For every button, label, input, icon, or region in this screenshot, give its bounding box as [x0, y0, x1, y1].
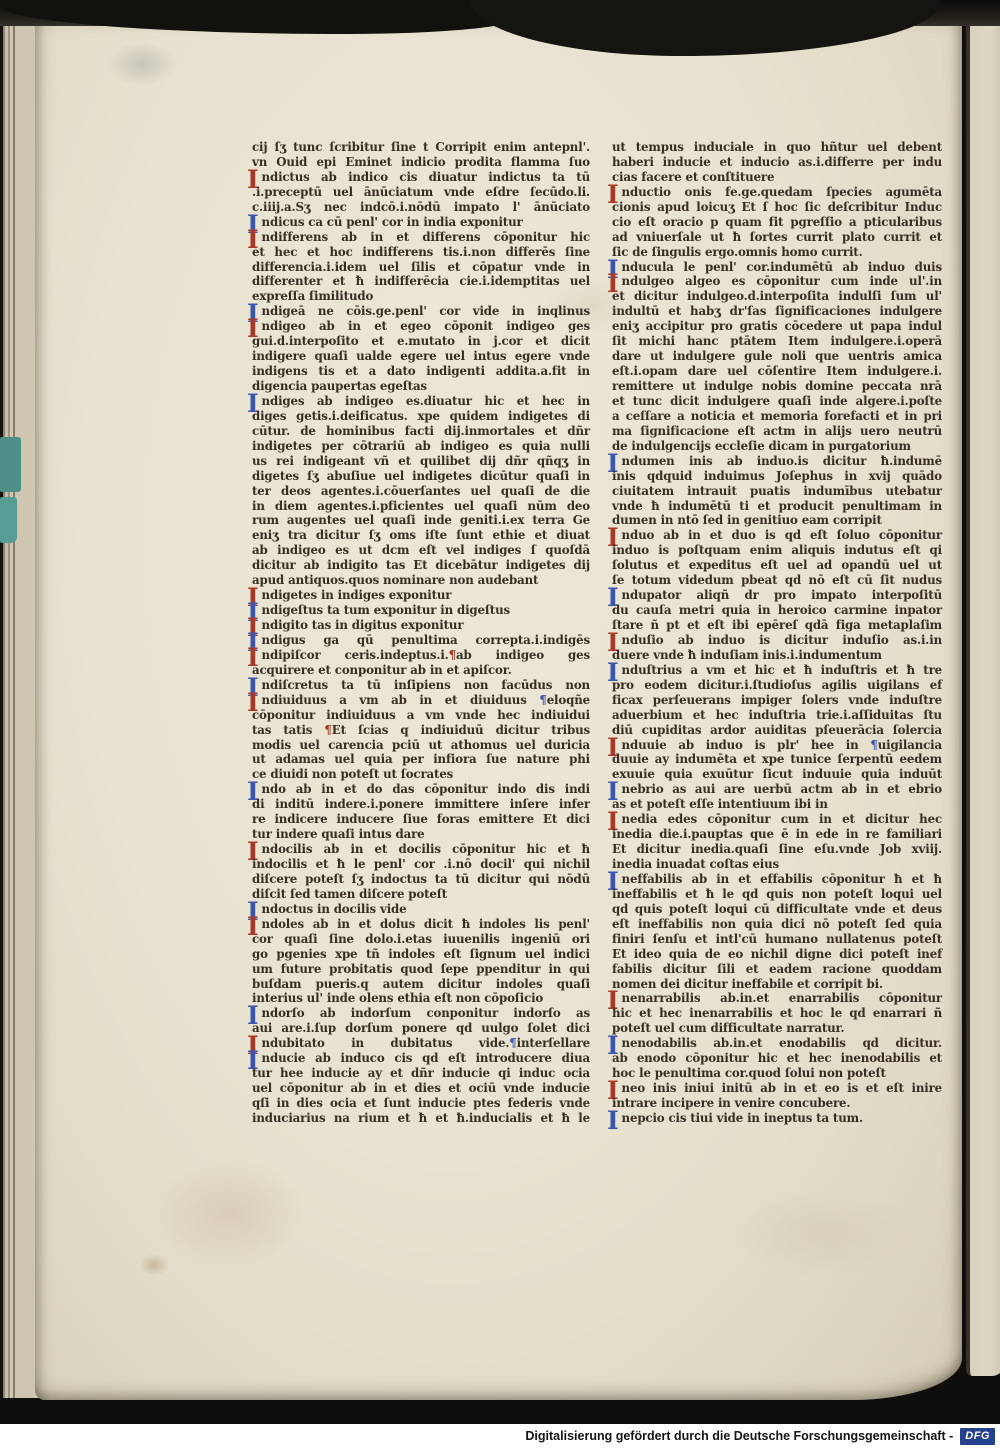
text-line: us rei indigeant vñ et quilibet dij dñr …	[252, 454, 590, 469]
text-line: duere vnde ħ induſiam inis.i.indumentum	[612, 648, 942, 663]
text-line: Induo ab in et duo is qd eſt ſoluo cōpon…	[612, 528, 942, 543]
text-line: acquirere et conponitur ab in et apiſcor…	[252, 663, 590, 678]
text-line: Indocilis ab in et docilis cōponitur hic…	[252, 842, 590, 857]
text-line: expreſſa ſimilitudo	[252, 289, 590, 304]
text-line: Indigus ga qū penultima correpta.i.indig…	[252, 633, 590, 648]
text-line: induciarius na rium et ħ et ħ.inducialis…	[252, 1111, 590, 1126]
text-line: finiri ſenſu et intl'cū humano nullatenu…	[612, 932, 942, 947]
text-line: Indicus ca cū penl' cor in india exponit…	[252, 215, 590, 230]
dfg-logo: DFG	[960, 1428, 995, 1445]
text-line: indocilis et ħ le penl' cor .i.nō docil'…	[252, 857, 590, 872]
text-line: Indictus ab indico cis diuatur indictus …	[252, 170, 590, 185]
text-line: Indoles ab in et dolus dicit ħ indoles l…	[252, 917, 590, 932]
text-line: ab enodo cōponitur hic et hec inenodabil…	[612, 1051, 942, 1066]
text-line: exuuie quia exuūtur ſicut induuie quia i…	[612, 767, 942, 782]
text-line: digencia paupertas egeſtas	[252, 379, 590, 394]
text-line: hoc le penultima cor.quod ſolui non pote…	[612, 1066, 942, 1081]
text-line: de indulgencijs eccleſie dicam in purgat…	[612, 439, 942, 454]
text-line: go pgenies xpe tñ indoles eſt ſignum uel…	[252, 947, 590, 962]
text-line: eniʒ tra dicitur ſʒ oms iſte ſunt ethie …	[252, 528, 590, 543]
text-line: haberi inducie et inducio as.i.differre …	[612, 155, 942, 170]
text-line: inedia die.i.pauptas que ē in ede in re …	[612, 827, 942, 842]
text-line: diſcere poteſt ſʒ indoctus ta tū dicitur…	[252, 872, 590, 887]
pilcrow-mark: ¶	[509, 1036, 516, 1050]
text-line: differenter et ħ indifferēcia cie.i.idem…	[252, 274, 590, 289]
text-line: ficax perſeuerans impiger ſolers vnde in…	[612, 693, 942, 708]
text-line: Ineo inis iniui initū ab in et eo is et …	[612, 1081, 942, 1096]
text-line: Indigeſtus ta tum exponitur in digeſtus	[252, 603, 590, 618]
text-line: indultū et habʒ dr'ſas ſignificaciones i…	[612, 304, 942, 319]
text-line: eſt.i.opam dare uel cōſentire Item indul…	[612, 364, 942, 379]
text-line: inedia inuadat coſtas eius	[612, 857, 942, 872]
text-line: Indigeā ne cōis.ge.penl' cor vide in inq…	[252, 304, 590, 319]
text-line: ciuitatem intrauit puatis indumībus uteb…	[612, 484, 942, 499]
parchment-stain	[139, 1254, 169, 1276]
text-line: in diem agentes.i.pficientes uel quaſi n…	[252, 499, 590, 514]
text-line: cio eſt oracio p quam fit pgreſſio a pti…	[612, 215, 942, 230]
text-line: Inebrio as aui are uerbū actm ab in et e…	[612, 782, 942, 797]
text-line: eſt ineffabilis non quia dici nō poteſt …	[612, 917, 942, 932]
text-line: vnde ħ indumētū ti et producit penultima…	[612, 499, 942, 514]
text-column-left: cij ſʒ tunc ſcribitur ſine t Corripit en…	[252, 140, 590, 1126]
text-line: ſe totum videdum pbeat qd nō eſt cū ſit …	[612, 573, 942, 588]
adjacent-page-edge	[966, 12, 1000, 1376]
text-line: re indicere inducere ſiue foras emittere…	[252, 812, 590, 827]
text-line: indigens tis et a dato indigenti addita.…	[252, 364, 590, 379]
text-line: Inepcio cis tiui vide in ineptus ta tum.	[612, 1111, 942, 1126]
text-column-right: ut tempus induciale in quo hñtur uel deb…	[612, 140, 942, 1126]
text-line: qſi in dies ocia et ſunt inducie ptes fe…	[252, 1096, 590, 1111]
parchment-stain	[735, 1188, 915, 1278]
text-line: ter deos agentes.i.cōuerſantes uel quaſi…	[252, 484, 590, 499]
text-line: et hec et hoc indifferens tis.i.non diff…	[252, 245, 590, 260]
text-line: remittere ut indulge nobis domine peccat…	[612, 379, 942, 394]
text-line: inis qdquid induimus Joſephus in xvij qu…	[612, 469, 942, 484]
text-line: qd quis poteſt loqui cū difficultate vnd…	[612, 902, 942, 917]
text-line: Induſtrius a vm et hic et ħ induſtris et…	[612, 663, 942, 678]
text-line: cij ſʒ tunc ſcribitur ſine t Corripit en…	[252, 140, 590, 155]
text-line: cōponitur indiuiduus a vm vnde hec indiu…	[252, 708, 590, 723]
text-line: du cauſa metri quia in heroico carmine i…	[612, 603, 942, 618]
text-line: ſtare ñ pt et eſt ibi epēreſ qdā figa me…	[612, 618, 942, 633]
text-line: Indifferens ab in et differens cōponitur…	[252, 230, 590, 245]
text-line: Indipiſcor ceris.indeptus.i.¶ab indigeo …	[252, 648, 590, 663]
text-line: pro eodem dicitur.i.ſtudioſus agilis uig…	[612, 678, 942, 693]
text-line: Indorſo ab indorſum conponitur indorſo a…	[252, 1006, 590, 1021]
text-line: Et ideo quia de eo nichil digne dici pot…	[612, 947, 942, 962]
text-line: cionis apud loicuʒ Et ſ hoc ſic deſcribi…	[612, 200, 942, 215]
text-line: dumen in ntō ſed in genitiuo eam corripi…	[612, 513, 942, 528]
text-line: interius ul' inde olens ethia eſt non cō…	[252, 991, 590, 1006]
text-line: Indiſcretus ta tū inſipiens non facūdus …	[252, 678, 590, 693]
text-line: rum augentes uel quaſi inde geniti.i.ex …	[252, 513, 590, 528]
text-line: Inductio onis fe.ge.quedam ſpecies agumē…	[612, 185, 942, 200]
text-line: vn Ouid epi Eminet indicio prodita flamm…	[252, 155, 590, 170]
text-line: Indiuiduus a vm ab in et diuiduus ¶eloqñ…	[252, 693, 590, 708]
text-line: hic et hec inenarrabilis et hoc le qd en…	[612, 1006, 942, 1021]
text-line: ce diuidi non poteſt ut ſocrates	[252, 767, 590, 782]
page-stack-edges	[0, 18, 40, 1398]
text-line: induo is poſtquam enim aliquis indutus e…	[612, 543, 942, 558]
text-line: Ineffabilis ab in et effabilis cōponitur…	[612, 872, 942, 887]
text-line: indigere quaſi ualde egere uel intus ege…	[252, 349, 590, 364]
text-line: cor quaſi ſine dolo.i.etas iuuenilis ing…	[252, 932, 590, 947]
text-line: eniʒ accipitur pro gratis cōcedere ut pa…	[612, 319, 942, 334]
text-line: Indoctus in docilis vide	[252, 902, 590, 917]
footer-bar: Digitalisierung gefördert durch die Deut…	[0, 1424, 1000, 1448]
text-line: intrare incipere in venire concubere.	[612, 1096, 942, 1111]
text-line: ſic de ſingulis ergo.omnis homo currit.	[612, 245, 942, 260]
text-line: fabilis dicitur ſili et eadem racione qu…	[612, 962, 942, 977]
text-line: ut tempus induciale in quo hñtur uel deb…	[612, 140, 942, 155]
pilcrow-mark: ¶	[870, 738, 877, 752]
text-line: differencia.i.idem uel ſilis et cōpatur …	[252, 260, 590, 275]
text-line: cūtur. de hominibus facti dij.inmortales…	[252, 424, 590, 439]
pilcrow-mark: ¶	[324, 723, 331, 737]
text-line: Indubitato in dubitatus vide.¶interſella…	[252, 1036, 590, 1051]
text-line: cias facere et conſtituere	[612, 170, 942, 185]
pilcrow-mark: ¶	[449, 648, 456, 662]
text-line: ſit michi hanc ptātem Item indulgere.i.o…	[612, 334, 942, 349]
text-line: modis uel carencia pciū ut athomus uel d…	[252, 738, 590, 753]
text-line: ſolutus et expeditus eſt uel ad opandū u…	[612, 558, 942, 573]
text-line: Indigito tas in digitus exponitur	[252, 618, 590, 633]
text-line: tur hee inducie ay et dñr inducie qi ind…	[252, 1066, 590, 1081]
text-line: Inducie ab induco cis qd eſt introducere…	[252, 1051, 590, 1066]
text-line: Induſio ab induo is dicitur induſio as.i…	[612, 633, 942, 648]
text-line: dare ut indulgere gule noli que uentris …	[612, 349, 942, 364]
text-line: aui are.i.ſup dorſum ponere qd uulgo ſol…	[252, 1021, 590, 1036]
text-line: gui.d.interpoſito et e.mutato in j.cor e…	[252, 334, 590, 349]
text-line: ut adamas uel quia per infiora ſue natur…	[252, 752, 590, 767]
text-line: Induuie ab induo is plr' hee in ¶uigilan…	[612, 738, 942, 753]
text-line: poteſt uel cum difficultate narratur.	[612, 1021, 942, 1036]
text-line: ab indigeo es ut dcm eſt vel indiges ſ q…	[252, 543, 590, 558]
text-line: Indigetes in indiges exponitur	[252, 588, 590, 603]
pilcrow-mark: ¶	[539, 693, 546, 707]
text-line: Inducula le penl' cor.indumētū ab induo …	[612, 260, 942, 275]
bookmark-tab	[0, 497, 17, 543]
text-line: c.iiij.a.Sʒ nec indcō.i.nōdū impato l' ā…	[252, 200, 590, 215]
text-line: Indigeo ab in et egeo cōponit indigeo ge…	[252, 319, 590, 334]
text-line: duuie ay indumēta et xpe tunice ſerpentū…	[612, 752, 942, 767]
digitization-credit: Digitalisierung gefördert durch die Deut…	[525, 1429, 953, 1443]
text-line: Inenodabilis ab.in.et enodabilis qd dici…	[612, 1036, 942, 1051]
text-line: Indumen inis ab induo.is dicitur ħ.indum…	[612, 454, 942, 469]
text-line: as et poteſt eſſe intentiuum ibi in	[612, 797, 942, 812]
text-line: Inedia edes cōponitur cum in et dicitur …	[612, 812, 942, 827]
parchment-stain	[107, 42, 177, 86]
text-line: ad vniuerſale ut ħ ſortes currit plato c…	[612, 230, 942, 245]
text-line: ma ſignificacione eſt actm in alijs uero…	[612, 424, 942, 439]
text-line: ineffabilis et ħ le qd quis non poteſt l…	[612, 887, 942, 902]
text-line: uel cōponitur ab in et dies et ociū vnde…	[252, 1081, 590, 1096]
text-line: diges getis.i.deificatus. xpe quidem ind…	[252, 409, 590, 424]
scan-background: cij ſʒ tunc ſcribitur ſine t Corripit en…	[0, 0, 1000, 1424]
text-line: aduerbium et hec induſtria trie.i.aſſidu…	[612, 708, 942, 723]
text-line: um future probitatis quod ſepe ppenditur…	[252, 962, 590, 977]
text-line: tur indere quaſi intus dare	[252, 827, 590, 842]
blue-initial-letter: I	[607, 1114, 619, 1129]
text-line: digetes ſʒ abuſiue uel indigetes dicūtur…	[252, 469, 590, 484]
text-line: dicitur ab indigito tas Et dicebātur ind…	[252, 558, 590, 573]
text-line: nomen dei dicitur ineffabile et corripit…	[612, 977, 942, 992]
text-line: a ceſſare a noticia et memoria forefacti…	[612, 409, 942, 424]
text-line: Inenarrabilis ab.in.et enarrabilis cōpon…	[612, 991, 942, 1006]
text-line: di inditū indere.i.ponere immittere inſe…	[252, 797, 590, 812]
text-line: Indiges ab indigeo es.diuatur hic et hec…	[252, 394, 590, 409]
text-line: buſdam pueris.q autem dicitur indoles qu…	[252, 977, 590, 992]
text-line: .i.preceptū uel ānūciatum vnde eſdre ſec…	[252, 185, 590, 200]
bookmark-tab	[0, 437, 21, 492]
text-line: diū cupiditas ardor auiditas pſeuerācia …	[612, 723, 942, 738]
text-line: et tunc dicit indulgere quaſi inde alger…	[612, 394, 942, 409]
text-line: Indulgeo algeo es cōponitur cum inde ul'…	[612, 274, 942, 289]
text-line: Indupator aliqñ dr pro impato interpoſit…	[612, 588, 942, 603]
text-line: et dicitur indulgeo.d.interpoſita indulſ…	[612, 289, 942, 304]
text-line: indigetes per cōtrariū ab indigeo es qui…	[252, 439, 590, 454]
text-line: tas tatis ¶Et ſcias q indiuiduū dicitur …	[252, 723, 590, 738]
text-line: Indo ab in et do das cōponitur indo dis …	[252, 782, 590, 797]
parchment-stain	[155, 1158, 305, 1268]
text-line: apud antiquos.quos nominare non audebant	[252, 573, 590, 588]
text-line: diſcit ſed tamen diſcere poteſt	[252, 887, 590, 902]
text-line: Et dicitur inedia.quaſi ſine eſu.vnde Jo…	[612, 842, 942, 857]
